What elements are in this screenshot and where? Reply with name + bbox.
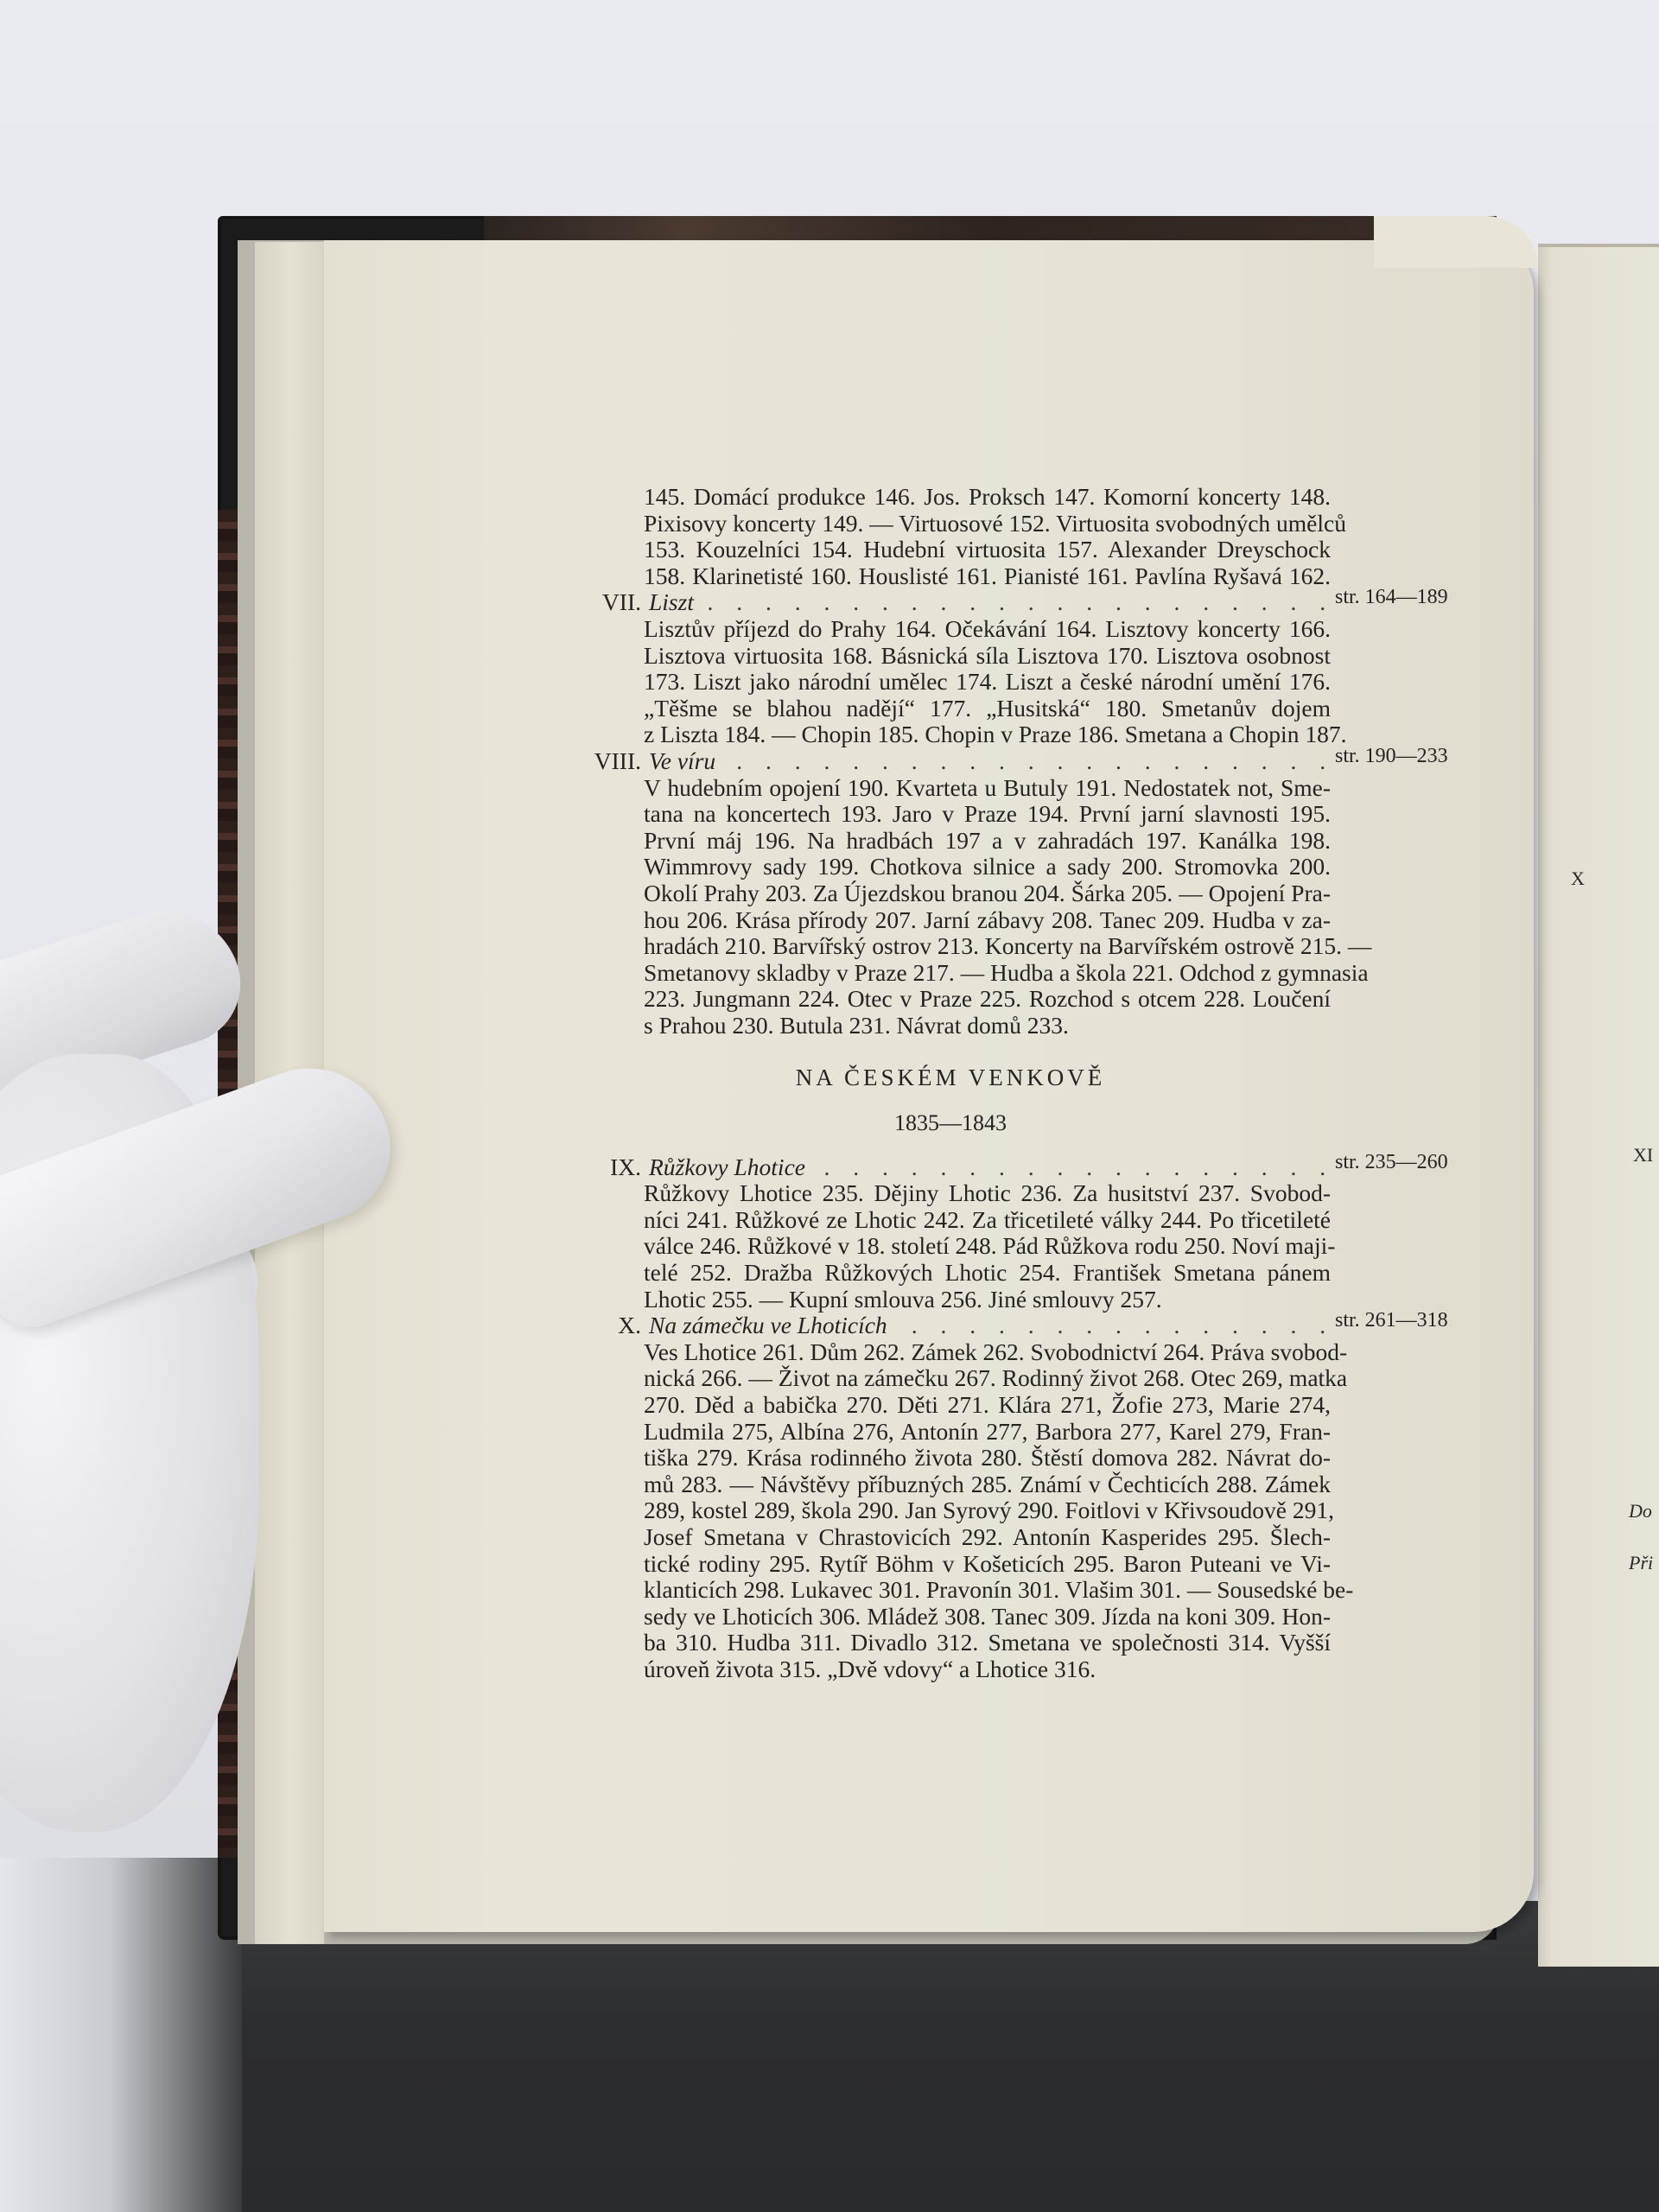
summary-line: Pixisovy koncerty 149. — Virtuosové 152.…: [644, 511, 1331, 537]
summary-line: tiška 279. Krása rodinného života 280. Š…: [644, 1445, 1331, 1471]
section-heading: NA ČESKÉM VENKOVĚ: [570, 1065, 1331, 1091]
summary-line: Ludmila 275, Albína 276, Antonín 277, Ba…: [644, 1419, 1331, 1446]
table-shadow: [0, 1901, 1659, 2212]
summary-line: hradách 210. Barvířský ostrov 213. Konce…: [644, 933, 1331, 960]
facing-page-fragment: X: [1571, 868, 1585, 890]
chapter-title: Růžkovy Lhotice: [649, 1154, 814, 1181]
chapter-entry-viii: VIII. . . . . . . . . . . . . . . . . . …: [570, 748, 1478, 775]
summary-line: hou 206. Krása přírody 207. Jarní zábavy…: [644, 907, 1331, 934]
summary-line: úroveň života 315. „Dvě vdovy“ a Lhotice…: [644, 1656, 1331, 1683]
summary-line: Smetanovy skladby v Praze 217. — Hudba a…: [644, 960, 1331, 987]
facing-page-fragment: XI: [1633, 1144, 1653, 1166]
facing-page: X XI Do Při: [1538, 244, 1659, 1967]
chapter-summary-continued: 145. Domácí produkce 146. Jos. Proksch 1…: [644, 484, 1331, 589]
chapter-title: Na zámečku ve Lhoticích: [649, 1313, 896, 1339]
facing-page-fragment: Při: [1629, 1552, 1653, 1574]
summary-line: 223. Jungmann 224. Otec v Praze 225. Roz…: [644, 986, 1331, 1013]
chapter-title: Ve víru: [649, 748, 724, 775]
summary-line: První máj 196. Na hradbách 197 a v zahra…: [644, 828, 1331, 855]
chapter-page-range: str. 261—318: [1335, 1307, 1448, 1334]
summary-line: ba 310. Hudba 311. Divadlo 312. Smetana …: [644, 1630, 1331, 1656]
summary-line: nická 266. — Život na zámečku 267. Rodin…: [644, 1365, 1331, 1392]
summary-line: 158. Klarinetisté 160. Houslisté 161. Pi…: [644, 563, 1331, 590]
facing-page-fragment: Do: [1629, 1500, 1652, 1522]
summary-line: Ves Lhotice 261. Dům 262. Zámek 262. Svo…: [644, 1339, 1331, 1366]
summary-line: Lisztův příjezd do Prahy 164. Očekávání …: [644, 616, 1331, 643]
summary-line: sedy ve Lhoticích 306. Mládež 308. Tanec…: [644, 1604, 1331, 1630]
section-years: 1835—1843: [570, 1110, 1331, 1137]
chapter-entry-ix: IX. . . . . . . . . . . . . . . . . . . …: [570, 1154, 1478, 1181]
chapter-summary: V hudebním opojení 190. Kvarteta u Butul…: [644, 775, 1331, 1039]
summary-line: V hudebním opojení 190. Kvarteta u Butul…: [644, 775, 1331, 802]
chapter-page-range: str. 164—189: [1335, 584, 1448, 611]
chapter-entry-x: X. . . . . . . . . . . . . . . . . . . .…: [570, 1313, 1478, 1339]
chapter-title: Liszt: [649, 589, 702, 616]
dot-leader: . . . . . . . . . . . . . . . . . . . . …: [649, 589, 1332, 616]
chapter-page-range: str. 190—233: [1335, 743, 1448, 770]
summary-line: válce 246. Růžkové v 18. století 248. Pá…: [644, 1233, 1331, 1260]
chapter-numeral: VIII.: [594, 748, 641, 775]
page-corner-curl: [1374, 216, 1538, 268]
dot-leader: . . . . . . . . . . . . . . . . . . . . …: [649, 748, 1332, 775]
chapter-summary: Růžkovy Lhotice 235. Dějiny Lhotic 236. …: [644, 1180, 1331, 1313]
summary-line: 153. Kouzelníci 154. Hudební virtuosita …: [644, 537, 1331, 563]
summary-line: Josef Smetana v Chrastovicích 292. Anton…: [644, 1524, 1331, 1551]
summary-line: klanticích 298. Lukavec 301. Pravonín 30…: [644, 1577, 1331, 1604]
summary-line: 173. Liszt jako národní umělec 174. Lisz…: [644, 669, 1331, 696]
summary-line: Wimmrovy sady 199. Chotkova silnice a sa…: [644, 854, 1331, 880]
book-cover-top-edge: [484, 216, 1495, 242]
summary-line: „Těšme se blahou nadějí“ 177. „Husitská“…: [644, 696, 1331, 722]
summary-line: Lhotic 255. — Kupní smlouva 256. Jiné sm…: [644, 1287, 1331, 1313]
chapter-numeral: X.: [618, 1313, 641, 1339]
summary-line: Růžkovy Lhotice 235. Dějiny Lhotic 236. …: [644, 1180, 1331, 1207]
summary-line: tana na koncertech 193. Jaro v Praze 194…: [644, 801, 1331, 828]
summary-line: s Prahou 230. Butula 231. Návrat domů 23…: [644, 1013, 1331, 1039]
summary-line: Okolí Prahy 203. Za Újezdskou branou 204…: [644, 880, 1331, 907]
summary-line: Lisztova virtuosita 168. Básnická síla L…: [644, 643, 1331, 670]
chapter-entry-vii: VII. . . . . . . . . . . . . . . . . . .…: [570, 589, 1478, 616]
summary-line: 289, kostel 289, škola 290. Jan Syrový 2…: [644, 1497, 1331, 1524]
chapter-numeral: VII.: [602, 589, 641, 616]
summary-line: mů 283. — Návštěvy příbuzných 285. Známí…: [644, 1471, 1331, 1498]
summary-line: 145. Domácí produkce 146. Jos. Proksch 1…: [644, 484, 1331, 511]
chapter-summary: Ves Lhotice 261. Dům 262. Zámek 262. Svo…: [644, 1339, 1331, 1683]
summary-line: z Liszta 184. — Chopin 185. Chopin v Pra…: [644, 721, 1331, 748]
chapter-page-range: str. 235—260: [1335, 1149, 1448, 1176]
summary-line: níci 241. Růžkové ze Lhotic 242. Za třic…: [644, 1207, 1331, 1234]
summary-line: 270. Děd a babička 270. Děti 271. Klára …: [644, 1392, 1331, 1419]
table-of-contents: 145. Domácí produkce 146. Jos. Proksch 1…: [570, 484, 1478, 1683]
chapter-numeral: IX.: [610, 1154, 641, 1181]
chapter-summary: Lisztův příjezd do Prahy 164. Očekávání …: [644, 616, 1331, 748]
summary-line: telé 252. Dražba Růžkových Lhotic 254. F…: [644, 1260, 1331, 1287]
table-shadow-gradient: [0, 1858, 242, 2212]
summary-line: tické rodiny 295. Rytíř Böhm v Košeticíc…: [644, 1551, 1331, 1578]
